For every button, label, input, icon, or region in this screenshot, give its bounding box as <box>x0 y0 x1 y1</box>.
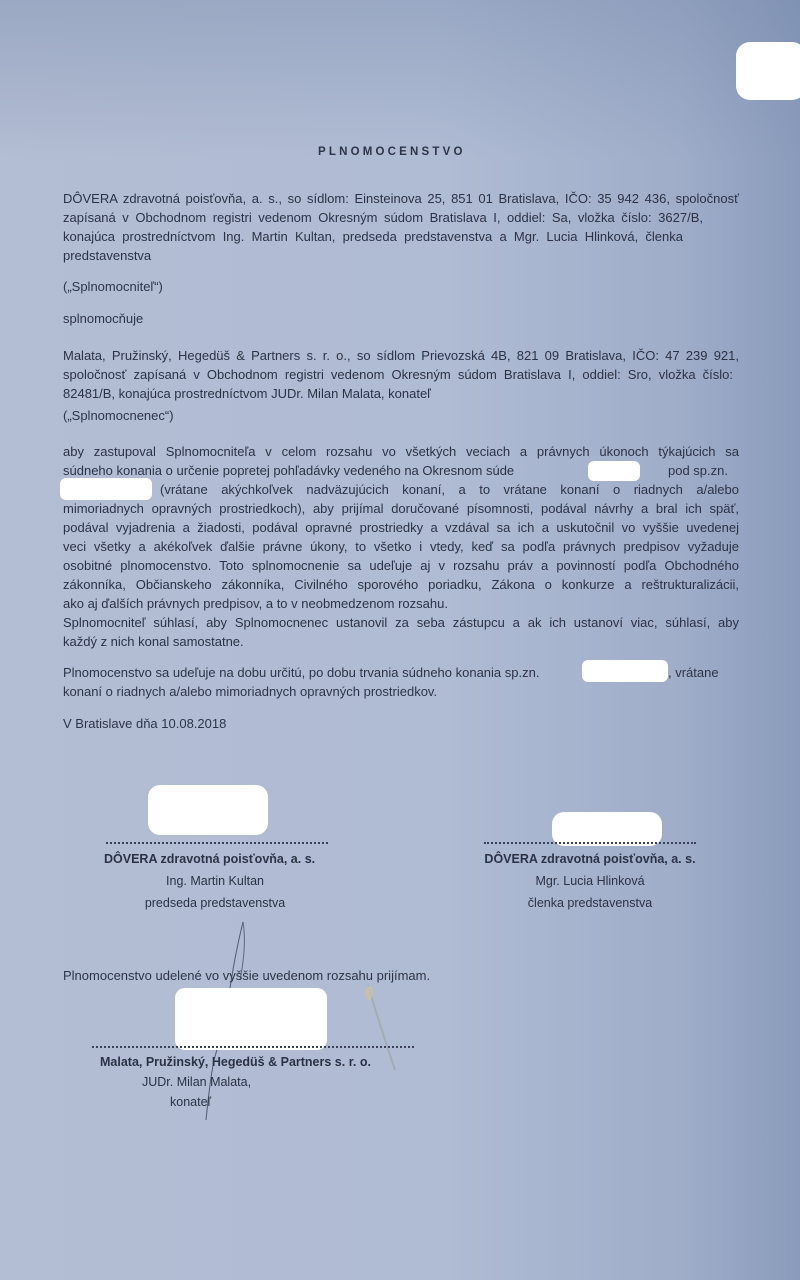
substitution-line: každý z nich konal samostatne. <box>63 632 739 651</box>
signature-1-name: Ing. Martin Kultan <box>80 870 350 892</box>
scope-line: osobitné plnomocenstvo. Toto splnomocnen… <box>63 556 739 575</box>
scope-line: (vrátane akýchkoľvek nadväzujúcich konan… <box>160 480 739 499</box>
document-page: PLNOMOCENSTVO DÔVERA zdravotná poisťovňa… <box>0 0 800 1280</box>
scope-line: mimoriadnych opravných prostriedkoch), a… <box>63 499 739 518</box>
agent-intro-line: 82481/B, konajúca prostredníctvom JUDr. … <box>63 384 739 403</box>
signature-3-role: konateľ <box>60 1092 390 1112</box>
scope-line: aby zastupoval Splnomocniteľa v celom ro… <box>63 442 739 461</box>
signature-3-name: JUDr. Milan Malata, <box>60 1072 390 1092</box>
signature-1-company: DÔVERA zdravotná poisťovňa, a. s. <box>80 848 350 870</box>
agent-intro-line: Malata, Pružinský, Hegedüš & Partners s.… <box>63 346 739 365</box>
principal-intro-line: predstavenstva <box>63 246 739 265</box>
principal-intro-line: zapísaná v Obchodnom registri vedenom Ok… <box>63 208 703 227</box>
redaction-signature-3 <box>175 988 327 1050</box>
agent-intro-line: spoločnosť zapísaná v Obchodnom registri… <box>63 365 733 384</box>
verb-splnomocnuje: splnomocňuje <box>63 309 143 328</box>
duration-line-2: konaní o riadnych a/alebo mimoriadnych o… <box>63 682 437 701</box>
signature-2-name: Mgr. Lucia Hlinková <box>470 870 710 892</box>
principal-intro: DÔVERA zdravotná poisťovňa, a. s., so sí… <box>63 189 739 265</box>
substitution-paragraph: Splnomocniteľ súhlasí, aby Splnomocnenec… <box>63 613 739 651</box>
signature-2-company: DÔVERA zdravotná poisťovňa, a. s. <box>470 848 710 870</box>
agent-label: („Splnomocnenec“) <box>63 406 174 425</box>
redaction-signature-1 <box>148 785 268 835</box>
signature-block-3: Malata, Pružinský, Hegedüš & Partners s.… <box>60 1052 390 1112</box>
scope-line: zákonníka, Občianskeho zákonníka, Civiln… <box>63 575 739 594</box>
principal-label: („Splnomocniteľ“) <box>63 277 163 296</box>
signature-1-role: predseda predstavenstva <box>80 892 350 914</box>
redaction-court <box>588 461 640 481</box>
scope-paragraph-cont: (vrátane akýchkoľvek nadväzujúcich konan… <box>160 480 739 499</box>
signature-line-2 <box>484 842 696 844</box>
scope-line-case-ref: pod sp.zn. <box>668 461 728 480</box>
signature-2-role: členka predstavenstva <box>470 892 710 914</box>
redaction-top-right <box>736 42 800 100</box>
scope-line: podával vyjadrenia a žiadosti, podával o… <box>63 518 739 537</box>
signature-3-company: Malata, Pružinský, Hegedüš & Partners s.… <box>60 1052 390 1072</box>
principal-intro-line: konajúca prostredníctvom Ing. Martin Kul… <box>63 227 683 246</box>
scope-paragraph-rest: mimoriadnych opravných prostriedkoch), a… <box>63 499 739 613</box>
scope-line: veci všetky a akékoľvek ďalšie právne úk… <box>63 537 739 556</box>
scope-line: ako aj ďalších právnych predpisov, a to … <box>63 594 739 613</box>
signature-line-3 <box>92 1046 414 1048</box>
acceptance-statement: Plnomocenstvo udelené vo vyššie uvedenom… <box>63 966 430 985</box>
signature-line-1 <box>106 842 328 844</box>
signature-block-2: DÔVERA zdravotná poisťovňa, a. s. Mgr. L… <box>470 848 710 914</box>
document-title: PLNOMOCENSTVO <box>318 143 466 162</box>
place-and-date: V Bratislave dňa 10.08.2018 <box>63 714 226 733</box>
duration-line-1-end: , vrátane <box>668 663 719 682</box>
agent-intro: Malata, Pružinský, Hegedüš & Partners s.… <box>63 346 739 403</box>
substitution-line: Splnomocniteľ súhlasí, aby Splnomocnenec… <box>63 613 739 632</box>
principal-intro-line: DÔVERA zdravotná poisťovňa, a. s., so sí… <box>63 189 739 208</box>
redaction-case-number-2 <box>582 660 668 682</box>
redaction-signature-2 <box>552 812 662 846</box>
signature-block-1: DÔVERA zdravotná poisťovňa, a. s. Ing. M… <box>80 848 350 914</box>
redaction-case-number-1 <box>60 478 152 500</box>
duration-line-1: Plnomocenstvo sa udeľuje na dobu určitú,… <box>63 663 539 682</box>
